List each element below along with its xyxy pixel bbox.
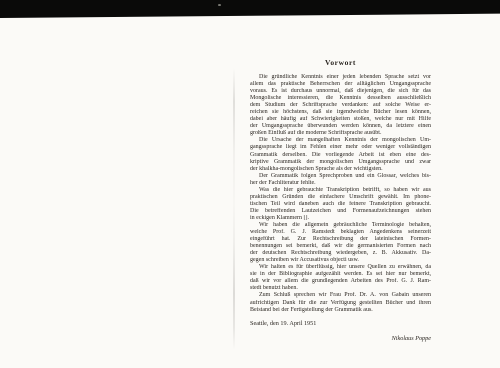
author-signature: Nikolaus Poppe	[250, 335, 431, 342]
text-line: daß wir vor allem die grundlegenden Arbe…	[250, 278, 431, 285]
page-gutter-shadow	[233, 68, 235, 350]
paragraph: Die Ursache der mangelhaften Kenntnis de…	[250, 137, 431, 172]
scanned-book-page: Vorwort Die gründliche Kenntnis einer je…	[0, 0, 500, 368]
text-line: Die Ursache der mangelhaften Kenntnis de…	[250, 137, 431, 144]
paragraph: Zum Schluß sprechen wir Frau Prof. Dr. A…	[250, 292, 431, 313]
text-line: reichen sie höchstens, daß sie irgendwel…	[250, 109, 431, 116]
text-line: voraus. Es ist durchaus unnormal, daß di…	[250, 88, 431, 95]
text-line: in eckigen Klammern [].	[250, 215, 431, 222]
text-line: sie in der Bibliographie aufgezählt werd…	[250, 271, 431, 278]
text-line: gegen schreiben wir Accusativus objecti …	[250, 257, 431, 264]
text-line: der Umgangssprache überwunden werden kön…	[250, 123, 431, 130]
text-line: benennungen sei bemerkt, daß wir die ger…	[250, 243, 431, 250]
paragraph: Die gründliche Kenntnis einer jeden lebe…	[250, 74, 431, 137]
text-line: kriptive Grammatik der mongolischen Umga…	[250, 159, 431, 166]
text-line: eingeführt hat. Zur Rechtschreibung der …	[250, 236, 431, 243]
text-line: Wir haben die allgemein gebräuchliche Te…	[250, 222, 431, 229]
text-line: gangssprache liegt im Fehlen einer mehr …	[250, 144, 431, 151]
paragraph: Wir halten es für überflüssig, hier unse…	[250, 264, 431, 292]
text-line: aufrichtigen Dank für die zur Verfügung …	[250, 300, 431, 307]
preface-page: Vorwort Die gründliche Kenntnis einer je…	[250, 58, 431, 342]
paragraph: Wir haben die allgemein gebräuchliche Te…	[250, 222, 431, 264]
text-line: Was die hier gebrauchte Transkription be…	[250, 187, 431, 194]
text-line: Die betreffenden Lautzeichen und Formena…	[250, 208, 431, 215]
scan-speck	[218, 4, 221, 6]
text-line: Die gründliche Kenntnis einer jeden lebe…	[250, 74, 431, 81]
paragraph: Was die hier gebrauchte Transkription be…	[250, 187, 431, 222]
text-line: der deutschen Rechtschreibung wiedergebe…	[250, 250, 431, 257]
dateline: Seattle, den 19. April 1951	[250, 320, 431, 327]
text-line: großen Einfluß auf die moderne Schriftsp…	[250, 130, 431, 137]
text-line: Mongolische interessieren, die Kenntnis …	[250, 95, 431, 102]
text-line: tischen Teil wird daneben auch die feine…	[250, 201, 431, 208]
text-line: praktischen Gründen die einfachere Umsch…	[250, 194, 431, 201]
text-line: Beistand bei der Fertigstellung der Gram…	[250, 307, 431, 314]
text-line: welche Prof. G. J. Ramstedt beklagten An…	[250, 229, 431, 236]
text-line: Grammatik derselben. Die vorliegende Arb…	[250, 152, 431, 159]
text-line: allem das praktische Beherrschen der all…	[250, 81, 431, 88]
text-line: stedt benutzt haben.	[250, 285, 431, 292]
text-line: her der Fachliteratur fehlte.	[250, 180, 431, 187]
text-line: Zum Schluß sprechen wir Frau Prof. Dr. A…	[250, 292, 431, 299]
text-line: Wir halten es für überflüssig, hier unse…	[250, 264, 431, 271]
paragraph: Der Grammatik folgen Sprechproben und ei…	[250, 173, 431, 187]
text-line: Der Grammatik folgen Sprechproben und ei…	[250, 173, 431, 180]
text-line: dabei aber häufig auf Schwierigkeiten st…	[250, 116, 431, 123]
text-line: der khalkha-mongolischen Sprache als der…	[250, 166, 431, 173]
text-line: dem Studium der Schriftsprache verdanken…	[250, 102, 431, 109]
scan-edge-bar	[0, 0, 500, 18]
page-title: Vorwort	[250, 58, 431, 67]
preface-body: Die gründliche Kenntnis einer jeden lebe…	[250, 74, 431, 314]
